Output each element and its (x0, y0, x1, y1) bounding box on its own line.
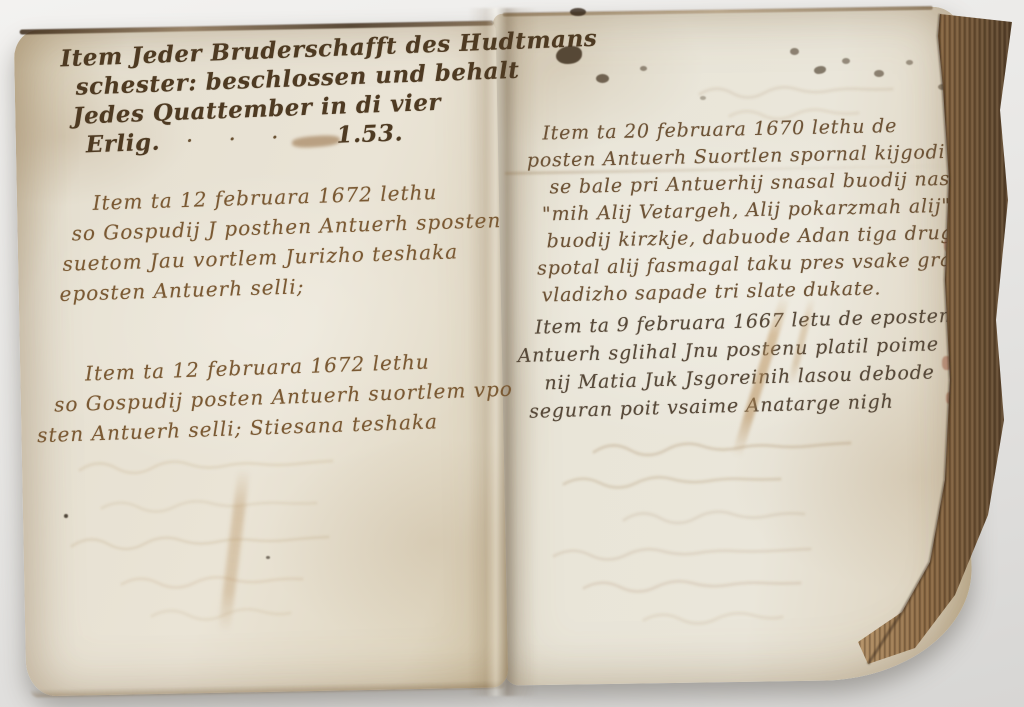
left-page-entry-2: Item ta 12 februara 1672 lethu so Gospud… (33, 344, 515, 451)
page-stack-fore-edge (794, 2, 1020, 702)
ink-speck (64, 514, 68, 518)
ink-speck (640, 66, 647, 71)
ink-speck (266, 556, 270, 559)
left-page-header-entry: Item Jeder Bruderschafft des Hudtmans sc… (60, 24, 601, 162)
page-edge-notch (570, 8, 586, 16)
left-page-entry-1: Item ta 12 februara 1672 lethu so Gospud… (56, 175, 503, 309)
ink-blot (596, 74, 609, 83)
ink-speck (700, 96, 706, 100)
folio-mark: 1.53. (336, 119, 404, 149)
manuscript-photo: Item Jeder Bruderschafft des Hudtmans sc… (0, 0, 1024, 707)
header-word: Erlig. (85, 129, 160, 159)
ink-dots: · · · (185, 125, 292, 155)
